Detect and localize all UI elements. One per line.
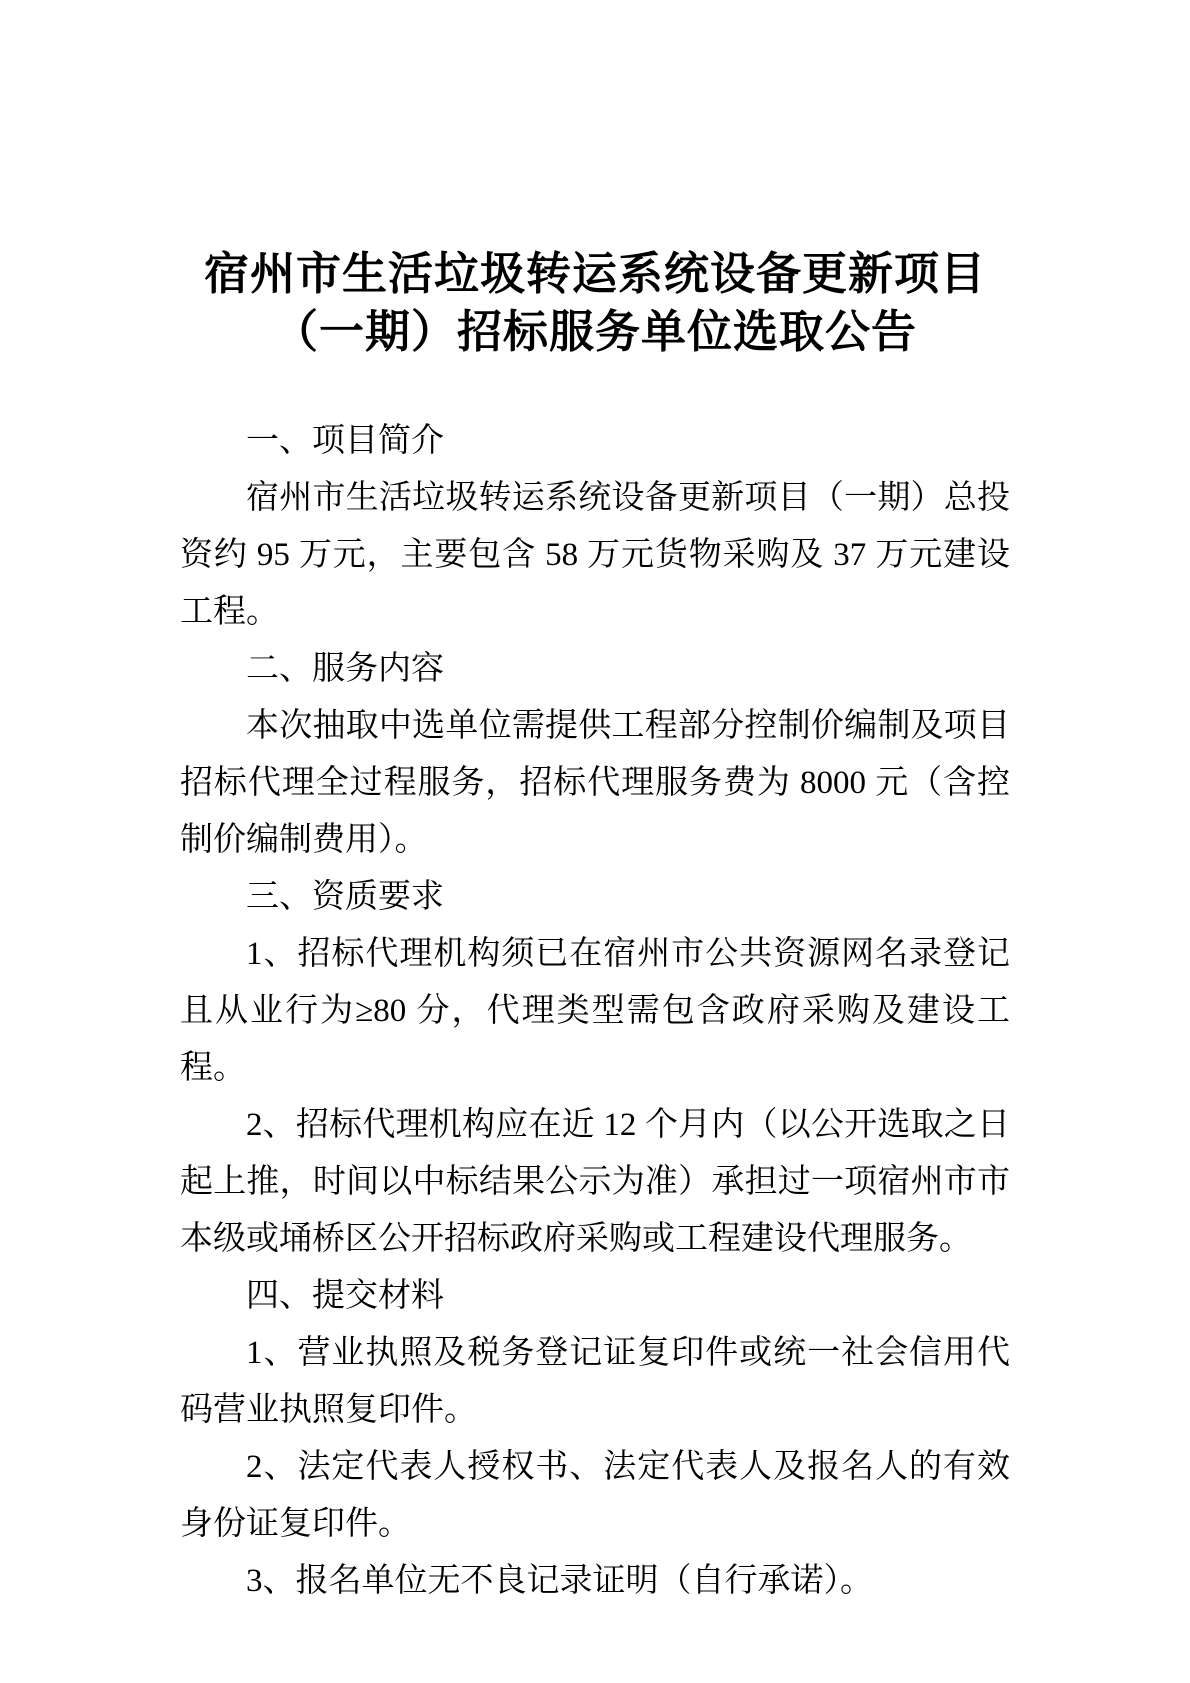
para-materials-2: 2、法定代表人授权书、法定代表人及报名人的有效身份证复印件。 — [180, 1439, 1010, 1553]
heading-qualification-requirements: 三、资质要求 — [180, 869, 1010, 926]
document-body: 一、项目简介 宿州市生活垃圾转运系统设备更新项目（一期）总投资约 95 万元，主… — [180, 413, 1010, 1610]
para-project-intro: 宿州市生活垃圾转运系统设备更新项目（一期）总投资约 95 万元，主要包含 58 … — [180, 470, 1010, 641]
para-materials-1: 1、营业执照及税务登记证复印件或统一社会信用代码营业执照复印件。 — [180, 1325, 1010, 1439]
para-qualification-1: 1、招标代理机构须已在宿州市公共资源网名录登记且从业行为≥80 分，代理类型需包… — [180, 926, 1010, 1097]
document-page: 宿州市生活垃圾转运系统设备更新项目 （一期）招标服务单位选取公告 一、项目简介 … — [0, 0, 1190, 1683]
para-service-content: 本次抽取中选单位需提供工程部分控制价编制及项目招标代理全过程服务，招标代理服务费… — [180, 698, 1010, 869]
para-qualification-2: 2、招标代理机构应在近 12 个月内（以公开选取之日起上推，时间以中标结果公示为… — [180, 1097, 1010, 1268]
para-materials-3: 3、报名单位无不良记录证明（自行承诺）。 — [180, 1553, 1010, 1610]
heading-project-intro: 一、项目简介 — [180, 413, 1010, 470]
document-title: 宿州市生活垃圾转运系统设备更新项目 （一期）招标服务单位选取公告 — [180, 245, 1010, 361]
heading-service-content: 二、服务内容 — [180, 641, 1010, 698]
title-line-1: 宿州市生活垃圾转运系统设备更新项目 — [180, 245, 1010, 303]
title-line-2: （一期）招标服务单位选取公告 — [180, 303, 1010, 361]
heading-submission-materials: 四、提交材料 — [180, 1268, 1010, 1325]
